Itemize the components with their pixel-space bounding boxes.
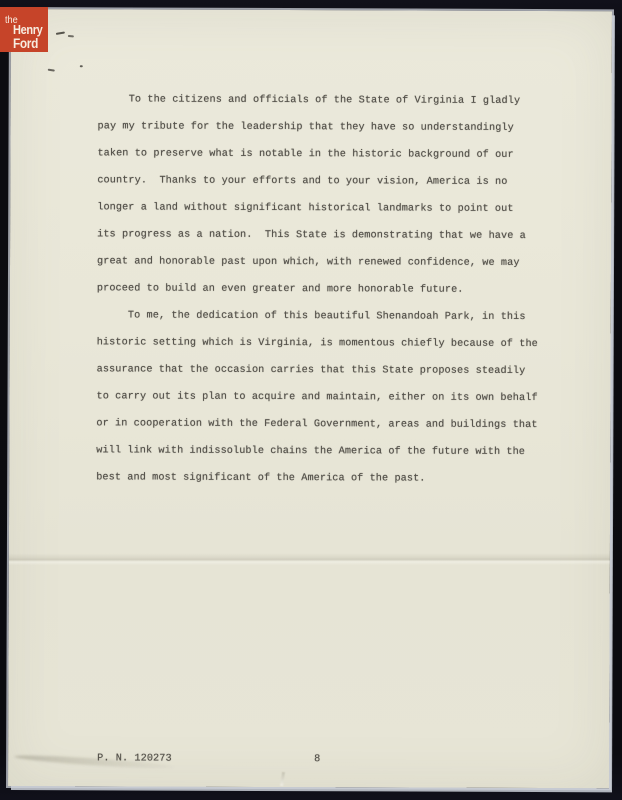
typewritten-line: To me, the dedication of this beautiful …	[97, 302, 557, 331]
ink-speck	[56, 31, 65, 34]
typewritten-line: best and most significant of the America…	[96, 464, 556, 493]
scan-background: To the citizens and officials of the Sta…	[0, 0, 622, 800]
logo-word-henry: Henry	[13, 24, 42, 37]
footer-page-number: 8	[314, 754, 320, 765]
typewritten-line: or in cooperation with the Federal Gover…	[96, 410, 556, 439]
typewritten-line: historic setting which is Virginia, is m…	[97, 329, 557, 358]
paper-fold-crease	[9, 553, 610, 565]
ink-speck	[68, 35, 74, 38]
typewritten-line: proceed to build an even greater and mor…	[97, 275, 557, 304]
typewritten-line: taken to preserve what is notable in the…	[97, 140, 557, 169]
typewritten-line: longer a land without significant histor…	[97, 194, 557, 223]
typewritten-line: pay my tribute for the leadership that t…	[97, 113, 557, 142]
typewritten-line: assurance that the occasion carries that…	[97, 356, 557, 385]
typewritten-line: great and honorable past upon which, wit…	[97, 248, 557, 277]
logo-word-ford: Ford	[13, 37, 38, 51]
typewritten-line: will link with indissoluble chains the A…	[96, 437, 556, 466]
paper-edge-notch	[280, 772, 285, 786]
typewritten-line: to carry out its plan to acquire and mai…	[96, 383, 556, 412]
typewritten-line: To the citizens and officials of the Sta…	[98, 86, 558, 115]
henry-ford-logo: the Henry Ford	[0, 7, 48, 52]
ink-speck	[48, 69, 55, 72]
document-page: To the citizens and officials of the Sta…	[8, 9, 612, 788]
typewritten-line: its progress as a nation. This State is …	[97, 221, 557, 250]
ink-speck	[80, 65, 83, 67]
typewritten-line: country. Thanks to your efforts and to y…	[97, 167, 557, 196]
typewritten-text: To the citizens and officials of the Sta…	[96, 86, 558, 493]
